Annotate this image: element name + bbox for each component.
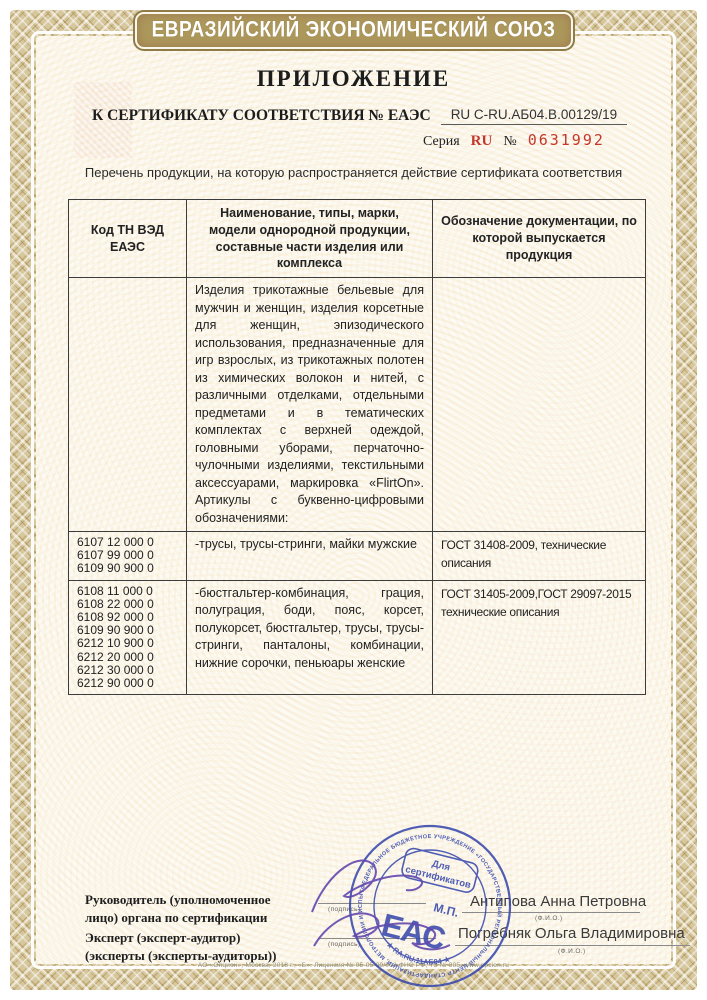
document-title: ПРИЛОЖЕНИЕ (0, 66, 707, 92)
description-cell: -бюстгальтер-комбинация, грация, полугра… (187, 580, 433, 695)
certificate-label: К СЕРТИФИКАТУ СООТВЕТСТВИЯ № ЕАЭС (92, 107, 431, 125)
table-row: 6108 11 000 0 6108 22 000 0 6108 92 000 … (69, 580, 646, 695)
certificate-annex-page: ЕВРАЗИЙСКИЙ ЭКОНОМИЧЕСКИЙ СОЮЗ ПРИЛОЖЕНИ… (0, 0, 707, 1000)
docs-cell (433, 278, 646, 532)
number-sign: № (503, 134, 516, 150)
certificate-line: К СЕРТИФИКАТУ СООТВЕТСТВИЯ № ЕАЭС RU C-R… (92, 107, 627, 125)
header-docs: Обозначение документации, по которой вып… (433, 200, 646, 278)
table-row: 6107 12 000 0 6107 99 000 0 6109 90 900 … (69, 532, 646, 581)
codes-cell: 6107 12 000 0 6107 99 000 0 6109 90 900 … (69, 532, 187, 581)
products-table: Код ТН ВЭД ЕАЭС Наименование, типы, марк… (68, 199, 646, 695)
description-cell: -трусы, трусы-стринги, майки мужские (187, 532, 433, 581)
eaeu-banner: ЕВРАЗИЙСКИЙ ЭКОНОМИЧЕСКИЙ СОЮЗ (135, 12, 573, 49)
header-codes: Код ТН ВЭД ЕАЭС (69, 200, 187, 278)
fio-caption: (Ф.И.О.) (535, 915, 563, 922)
description-cell: Изделия трикотажные бельевые для мужчин … (187, 278, 433, 532)
eaeu-banner-label: ЕВРАЗИЙСКИЙ ЭКОНОМИЧЕСКИЙ СОЮЗ (152, 18, 556, 43)
certificate-number: RU C-RU.АБ04.В.00129/19 (441, 107, 627, 125)
table-row: Изделия трикотажные бельевые для мужчин … (69, 278, 646, 532)
handwritten-signatures (300, 840, 520, 970)
signature-stroke-expert (314, 913, 450, 949)
expert-signer-label: Эксперт (эксперт-аудитор) (эксперты (экс… (85, 929, 276, 964)
form-number: 0631992 (528, 131, 605, 149)
codes-cell: 6108 11 000 0 6108 22 000 0 6108 92 000 … (69, 580, 187, 695)
head-signer-label: Руководитель (уполномоченное лицо) орган… (85, 891, 271, 926)
fio-caption: (Ф.И.О.) (558, 948, 586, 955)
series-value: RU (471, 133, 493, 150)
series-line: Серия RU № 0631992 (423, 131, 605, 150)
signature-stroke-head (312, 861, 422, 912)
docs-cell: ГОСТ 31408-2009, технические описания (433, 532, 646, 581)
intro-text: Перечень продукции, на которую распростр… (0, 165, 707, 180)
docs-cell: ГОСТ 31405-2009,ГОСТ 29097-2015 техничес… (433, 580, 646, 695)
series-label: Серия (423, 134, 460, 150)
header-name: Наименование, типы, марки, модели одноро… (187, 200, 433, 278)
table-header-row: Код ТН ВЭД ЕАЭС Наименование, типы, марк… (69, 200, 646, 278)
codes-cell (69, 278, 187, 532)
